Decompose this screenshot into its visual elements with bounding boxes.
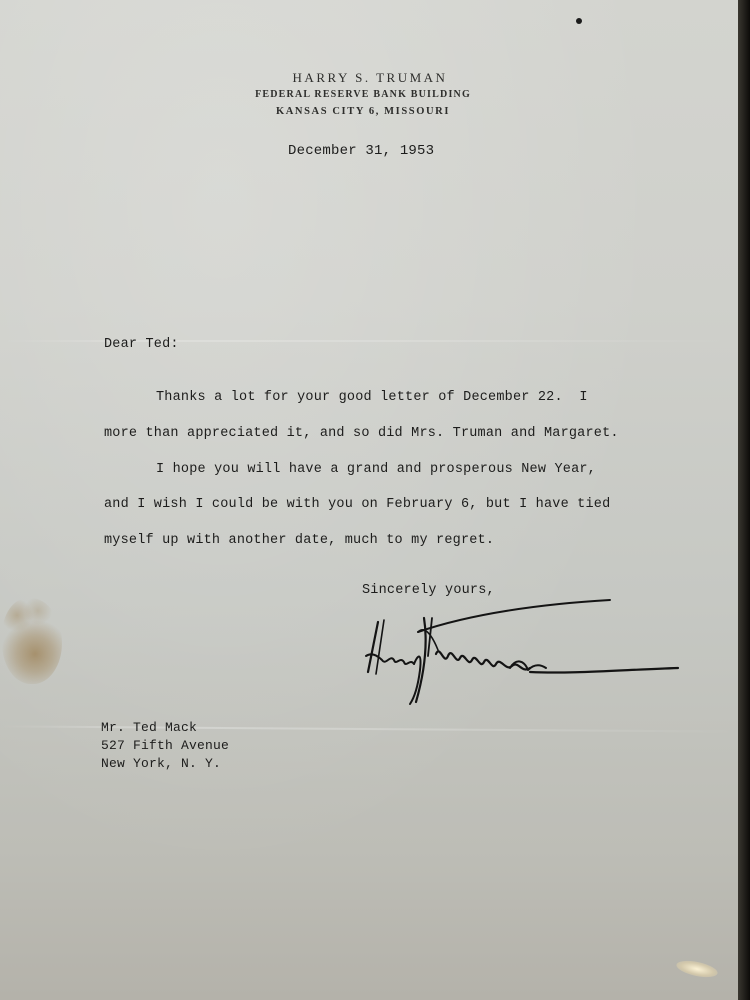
body-line: Thanks a lot for your good letter of Dec… [156, 390, 588, 405]
background-edge [738, 0, 750, 1000]
body-line: and I wish I could be with you on Februa… [104, 497, 610, 512]
recipient-city: New York, N. Y. [101, 756, 221, 771]
recipient-street: 527 Fifth Avenue [101, 738, 229, 753]
letterhead-building: FEDERAL RESERVE BANK BUILDING [0, 89, 733, 100]
letter-date: December 31, 1953 [288, 143, 434, 159]
ink-speck [576, 18, 582, 24]
light-glare [675, 958, 719, 980]
recipient-name: Mr. Ted Mack [101, 720, 197, 735]
letterhead-name: HARRY S. TRUMAN [0, 70, 740, 86]
stain-mark [2, 598, 62, 684]
body-line: more than appreciated it, and so did Mrs… [104, 426, 619, 441]
letter-paper: HARRY S. TRUMAN FEDERAL RESERVE BANK BUI… [0, 0, 740, 1000]
body-line: myself up with another date, much to my … [104, 533, 494, 548]
body-line: I hope you will have a grand and prosper… [156, 462, 596, 477]
letterhead-city: KANSAS CITY 6, MISSOURI [0, 106, 733, 117]
salutation: Dear Ted: [104, 337, 179, 352]
handwritten-signature-icon [360, 594, 690, 714]
letter-photo: HARRY S. TRUMAN FEDERAL RESERVE BANK BUI… [0, 0, 750, 1000]
